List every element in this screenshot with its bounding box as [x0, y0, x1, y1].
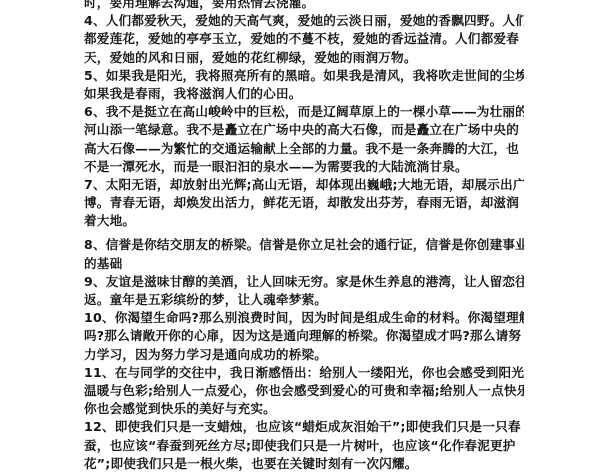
text-line: 如果我是春雨，我将滋润人们的心田。 — [84, 85, 524, 103]
text-line: 时，要用理解去沟通，要用热情去浇灌。 — [84, 0, 524, 12]
text-line: 5、如果我是阳光，我将照亮所有的黑暗。如果我是清风，我将吹走世间的尘埃。 — [84, 67, 524, 85]
text-line: 都爱莲花，爱她的亭亭玉立，爱她的不蔓不枝，爱她的香远益清。人们都爱春 — [84, 30, 524, 48]
text-line: 博。青春无语，却焕发出活力，鲜花无语，却散发出芬芳，春雨无语，却滋润 — [84, 194, 524, 212]
text-line: 6、我不是挺立在高山峻岭中的巨松，而是辽阔草原上的一棵小草——为壮丽的 — [84, 103, 524, 121]
text-line: 着大地。 — [84, 212, 524, 230]
text-line: 7、太阳无语，却放射出光辉;高山无语，却体现出巍峨;大地无语，却展示出广 — [84, 176, 524, 194]
text-line: 8、信誉是你结交朋友的桥梁。信誉是你立足社会的通行证，信誉是你创建事业 — [84, 236, 524, 254]
text-line: 温暖与色彩;给别人一点爱心，你也会感受到爱心的可贵和幸福;给别人一点快乐， — [84, 382, 524, 400]
text-line: 河山添一笔绿意。我不是矗立在广场中央的高大石像，而是矗立在广场中央的 — [84, 121, 524, 139]
text-line: 高大石像——为繁忙的交通运输献上全部的力量。我不是一条奔腾的大江，也 — [84, 140, 524, 158]
document-body: 时，要用理解去沟通，要用热情去浇灌。 4、人们都爱秋天，爱她的天高气爽，爱她的云… — [84, 0, 524, 400]
text-line: 不是一潭死水，而是一眼汩汩的泉水——为需要我的大陆流淌甘泉。 — [84, 158, 524, 176]
text-line: 9、友谊是滋味甘醇的美酒，让人回味无穷。家是休生养息的港湾，让人留恋往 — [84, 273, 524, 291]
text-line: 天，爱她的风和日丽，爱她的花红柳绿，爱她的雨润万物。 — [84, 49, 524, 67]
text-line: 10、你渴望生命吗?那么别浪费时间，因为时间是组成生命的材料。你渴望理解 — [84, 309, 524, 327]
text-line: 的基础 — [84, 255, 524, 273]
text-line: 力学习，因为努力学习是通向成功的桥梁。 — [84, 346, 524, 364]
text-line: 11、在与同学的交往中，我日渐感悟出：给别人一缕阳光，你也会感受到阳光的 — [84, 364, 524, 382]
text-line: 返。童年是五彩缤纷的梦，让人魂牵梦萦。 — [84, 291, 524, 309]
scanned-document-page: 时，要用理解去沟通，要用热情去浇灌。 4、人们都爱秋天，爱她的天高气爽，爱她的云… — [0, 0, 600, 400]
text-line: 吗?那么请敞开你的心扉，因为这是通向理解的桥梁。你渴望成才吗?那么请努 — [84, 327, 524, 345]
text-line: 4、人们都爱秋天，爱她的天高气爽，爱她的云淡日丽，爱她的香飘四野。人们 — [84, 12, 524, 30]
